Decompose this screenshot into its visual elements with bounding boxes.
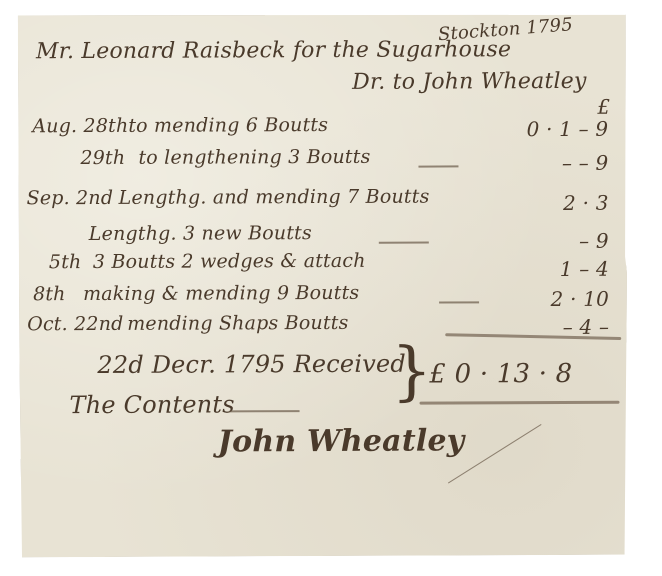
entry-date: 29th xyxy=(80,147,125,169)
entry-date: Sep. 2nd xyxy=(27,187,114,209)
entry-amount: 2 · 10 xyxy=(459,287,609,312)
debtor-line: Dr. to John Wheatley xyxy=(352,69,587,95)
entry-amount: – 9 xyxy=(459,229,609,254)
entry-description: 3 Boutts 2 wedges & attach xyxy=(93,250,366,273)
filler-dash xyxy=(418,165,458,167)
signature: John Wheatley xyxy=(218,423,465,459)
receipt-total: £ 0 · 13 · 8 xyxy=(429,359,572,390)
filler-dash xyxy=(439,301,479,303)
brace: } xyxy=(391,340,432,404)
receipt-contents-line: The Contents xyxy=(69,390,234,419)
entry-description: Lengthg. and mending 7 Boutts xyxy=(119,186,430,209)
entry-description: to lengthening 3 Boutts xyxy=(138,146,370,169)
entry-description: mending Shaps Boutts xyxy=(127,312,348,335)
entry-amount: 2 · 3 xyxy=(459,191,609,216)
entry-description: to mending 6 Boutts xyxy=(128,114,328,137)
entry-description: Lengthg. 3 new Boutts xyxy=(89,222,312,245)
receipt-paper: Stockton 1795 Mr. Leonard Raisbeck for t… xyxy=(18,13,628,558)
addressee: Mr. Leonard Raisbeck for the Sugarhouse xyxy=(36,37,511,64)
entry-date: Oct. 22nd xyxy=(27,313,123,335)
receipt-date-line: 22d Decr. 1795 Received xyxy=(97,350,406,379)
filler-dash xyxy=(379,242,429,244)
entry-date: 5th xyxy=(49,251,82,273)
entry-date: Aug. 28th xyxy=(32,115,128,137)
filler-dash xyxy=(230,410,300,412)
total-rule-bottom xyxy=(420,401,620,405)
entry-date: 8th xyxy=(33,283,66,305)
entry-amount: 0 · 1 – 9 xyxy=(458,117,608,142)
entry-amount: 1 – 4 xyxy=(459,257,609,282)
currency-header: £ xyxy=(586,95,610,119)
entry-amount: – – 9 xyxy=(458,151,608,176)
entry-description: making & mending 9 Boutts xyxy=(83,282,359,305)
